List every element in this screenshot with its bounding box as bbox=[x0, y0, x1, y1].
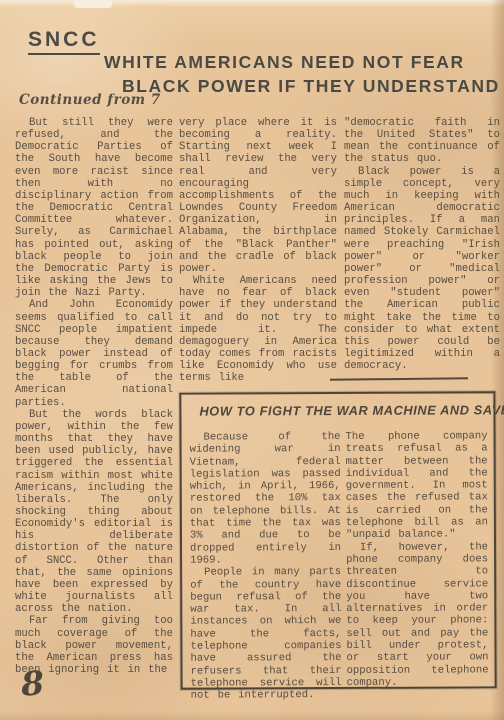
masthead-sncc: SNCC bbox=[28, 28, 100, 55]
war-tax-box-title: HOW TO FIGHT THE WAR MACHINE AND SAVE MO… bbox=[199, 402, 504, 419]
article-column-left: But still they were refused, and the Dem… bbox=[15, 117, 173, 676]
headline-line-1: WHITE AMERICANS NEED NOT FEAR bbox=[104, 52, 465, 73]
newsletter-page: SNCC WHITE AMERICANS NEED NOT FEAR BLACK… bbox=[0, 0, 504, 720]
page-number: 8 bbox=[20, 663, 46, 704]
headline-line-2: BLACK POWER IF THEY UNDERSTAND IT bbox=[122, 76, 504, 97]
box-paragraph: If, however, the phone company does thre… bbox=[346, 541, 489, 689]
article-paragraph: very place where it is becoming a realit… bbox=[179, 117, 337, 275]
article-paragraph: And John Economidy seems qualified to ca… bbox=[15, 299, 173, 408]
article-paragraph: Black power is a simple concept, very mu… bbox=[344, 166, 500, 373]
war-tax-box: HOW TO FIGHT THE WAR MACHINE AND SAVE MO… bbox=[179, 391, 496, 689]
article-paragraph: White Americans need have no fear of bla… bbox=[179, 275, 337, 384]
column-end-rule bbox=[330, 377, 468, 380]
box-paragraph: The phone company treats refusal as a ma… bbox=[346, 430, 488, 541]
article-column-middle: very place where it is becoming a realit… bbox=[179, 117, 337, 384]
war-tax-box-column-right: The phone company treats refusal as a ma… bbox=[346, 430, 489, 689]
article-column-right: "democratic faith in the United States" … bbox=[344, 117, 500, 372]
war-tax-box-column-left: Because of the widening war in Vietnam, … bbox=[190, 431, 342, 702]
page-edge-shadow-bottom bbox=[0, 710, 504, 720]
continued-from-note: Continued from 7 bbox=[19, 92, 161, 108]
box-paragraph: Because of the widening war in Vietnam, … bbox=[190, 431, 342, 567]
scan-artifact-patch bbox=[74, 0, 112, 8]
article-paragraph: But the words black power, within the fe… bbox=[15, 409, 173, 616]
article-paragraph: But still they were refused, and the Dem… bbox=[15, 117, 173, 299]
box-paragraph: People in many parts of the country have… bbox=[190, 566, 342, 702]
article-paragraph: "democratic faith in the United States" … bbox=[344, 117, 500, 166]
